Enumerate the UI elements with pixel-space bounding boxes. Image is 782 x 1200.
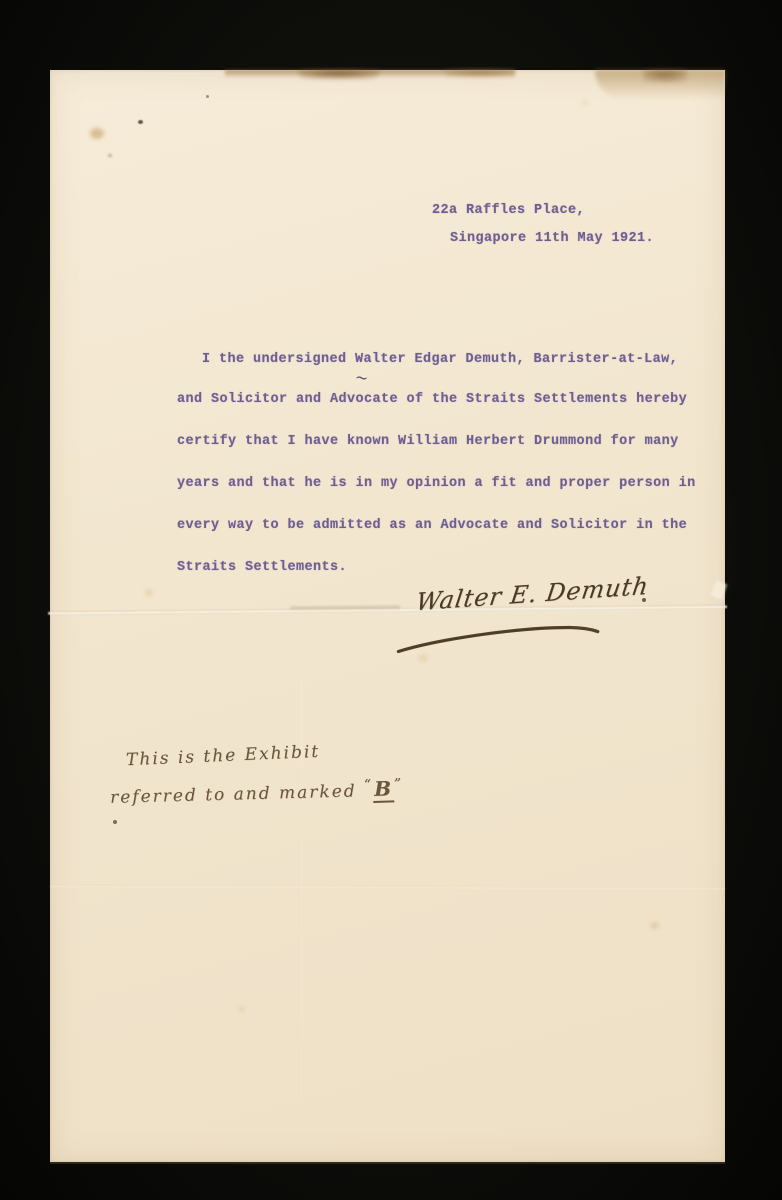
- annotation-prefix: referred to and marked: [110, 781, 364, 808]
- foxing-spot: [582, 100, 588, 105]
- address-line: 22a Raffles Place,: [432, 203, 585, 218]
- top-edge-stain: [225, 70, 515, 78]
- top-edge-stain-dark: [298, 70, 380, 79]
- scanned-letter-photo: 22a Raffles Place, Singapore 11th May 19…: [0, 0, 782, 1200]
- typed-line: I the undersigned Walter Edgar Demuth, B…: [202, 352, 678, 367]
- fold-crease-secondary: [50, 885, 725, 890]
- exhibit-annotation-line-1: This is the Exhibit: [126, 742, 321, 770]
- top-right-corner-stain: [595, 70, 725, 100]
- foxing-spot: [650, 922, 659, 929]
- foxing-spot: [113, 820, 117, 824]
- top-right-corner-stain-dark: [643, 70, 687, 82]
- typed-line: every way to be admitted as an Advocate …: [177, 518, 687, 533]
- foxing-spot: [108, 154, 112, 157]
- marked-letter: B: [373, 776, 395, 803]
- ink-dot: [642, 598, 646, 602]
- pen-correction-mark: ~: [354, 367, 370, 388]
- signature-flourish-underline: [394, 622, 605, 655]
- paper-edge-notch: [711, 580, 728, 599]
- foxing-spot: [238, 1006, 245, 1012]
- typed-line: years and that he is in my opinion a fit…: [177, 476, 696, 491]
- foxing-spot: [418, 654, 428, 662]
- signature-handwritten: Walter E. Demuth: [414, 572, 650, 617]
- date-line: Singapore 11th May 1921.: [450, 231, 654, 246]
- typed-line: Straits Settlements.: [177, 560, 347, 575]
- fold-crease-shadow: [290, 606, 400, 610]
- document-page: 22a Raffles Place, Singapore 11th May 19…: [50, 70, 725, 1162]
- top-edge-stain-small: [445, 70, 515, 77]
- typed-line: and Solicitor and Advocate of the Strait…: [177, 392, 687, 407]
- exhibit-annotation-line-2: referred to and marked “B”: [110, 776, 404, 808]
- fold-crease-horizontal: [48, 605, 727, 616]
- fold-crease-vertical: [300, 630, 303, 1100]
- foxing-spot: [138, 120, 143, 124]
- typed-line: certify that I have known William Herber…: [177, 434, 679, 449]
- foxing-spot: [206, 95, 209, 98]
- closing-quote: ”: [394, 776, 404, 792]
- foxing-spot: [90, 128, 104, 139]
- foxing-spot: [145, 590, 153, 596]
